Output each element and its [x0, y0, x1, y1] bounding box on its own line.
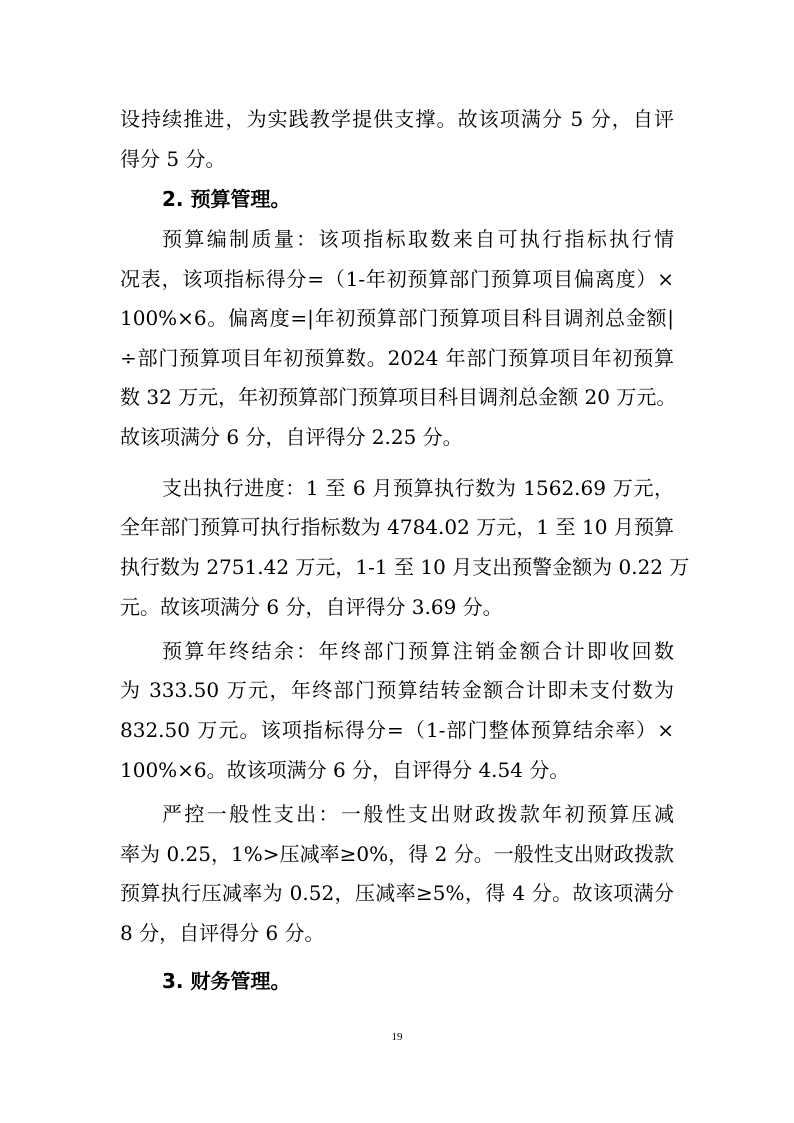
paragraph-line-year-end-balance: 预算年终结余：年终部门预算注销金额合计即收回数 [162, 638, 674, 664]
paragraph-line: 全年部门预算可执行指标数为 4784.02 万元，1 至 10 月预算 [120, 514, 674, 540]
paragraph-line-budget-preparation: 预算编制质量：该项指标取数来自可执行指标执行情 [162, 226, 674, 252]
paragraph-line-expenditure-progress: 支出执行进度：1 至 6 月预算执行数为 1562.69 万元， [162, 475, 674, 501]
paragraph-line: 832.50 万元。该项指标得分=（1-部门整体预算结余率）× [120, 717, 674, 743]
paragraph-line: ÷部门预算项目年初预算数。2024 年部门预算项目年初预算 [120, 345, 674, 371]
page-number: 19 [0, 1031, 794, 1043]
paragraph-line: 100%×6。偏离度=|年初预算部门预算项目科目调剂总金额| [120, 305, 674, 331]
paragraph-line: 设持续推进，为实践教学提供支撑。故该项满分 5 分，自评 [120, 106, 674, 132]
paragraph-line: 为 333.50 万元，年终部门预算结转金额合计即未支付数为 [120, 677, 674, 703]
paragraph-line: 况表，该项指标得分=（1-年初预算部门预算项目偏离度）× [120, 266, 674, 292]
document-page: 设持续推进，为实践教学提供支撑。故该项满分 5 分，自评 得分 5 分。 2. … [0, 0, 794, 1123]
paragraph-line: 100%×6。故该项满分 6 分，自评得分 4.54 分。 [120, 757, 674, 783]
paragraph-line: 元。故该项满分 6 分，自评得分 3.69 分。 [120, 594, 674, 620]
paragraph-line: 率为 0.25，1%>压减率≥0%，得 2 分。一般性支出财政拨款 [120, 841, 674, 867]
paragraph-line: 数 32 万元，年初预算部门预算项目科目调剂总金额 20 万元。 [120, 384, 674, 410]
section-heading-budget-management: 2. 预算管理。 [162, 186, 290, 212]
section-heading-financial-management: 3. 财务管理。 [162, 968, 290, 994]
paragraph-line: 得分 5 分。 [120, 146, 674, 172]
paragraph-line-general-expenditure-control: 严控一般性支出：一般性支出财政拨款年初预算压减 [162, 801, 674, 827]
paragraph-line: 预算执行压减率为 0.52，压减率≥5%，得 4 分。故该项满分 [120, 880, 674, 906]
paragraph-line: 执行数为 2751.42 万元，1-1 至 10 月支出预警金额为 0.22 万 [120, 554, 674, 580]
paragraph-line: 8 分，自评得分 6 分。 [120, 920, 674, 946]
paragraph-line: 故该项满分 6 分，自评得分 2.25 分。 [120, 424, 674, 450]
